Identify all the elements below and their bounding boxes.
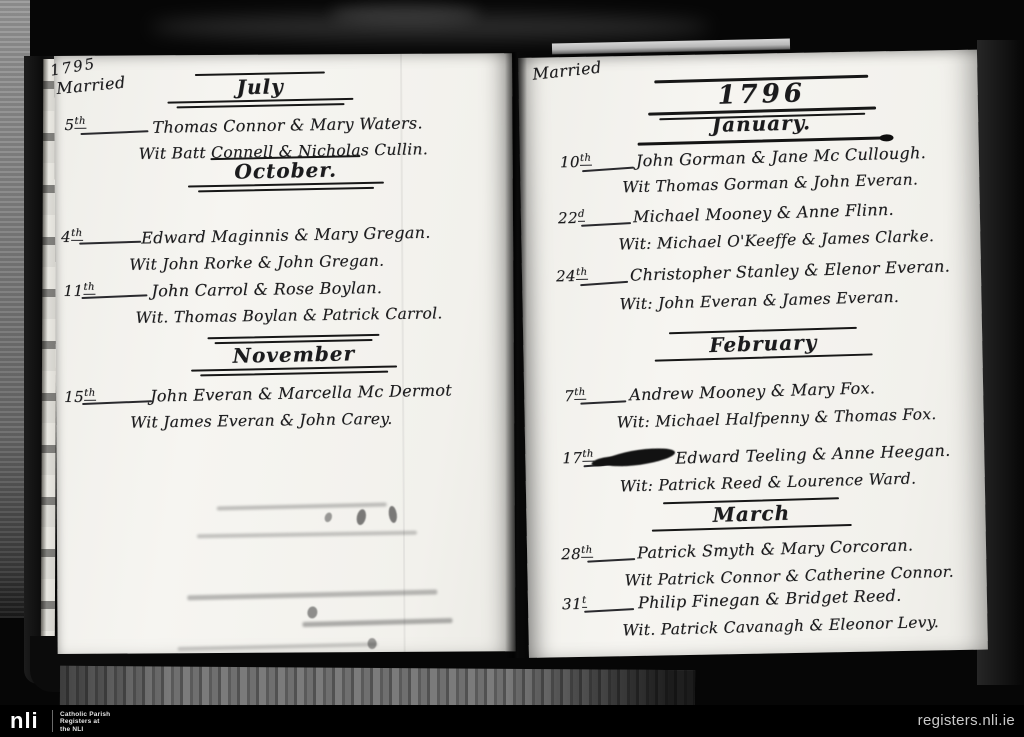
bleedthrough-mark bbox=[302, 618, 452, 627]
month-title: July bbox=[160, 74, 360, 101]
entry-couple-line: Christopher Stanley & Elenor Everan. bbox=[630, 256, 951, 284]
footer-caption-line: Catholic Parish bbox=[60, 711, 110, 718]
entry-couple-line: Andrew Mooney & Mary Fox. bbox=[629, 378, 875, 404]
entry-witness-line: Wit Patrick Connor & Catherine Connor. bbox=[624, 563, 954, 590]
entry-day: 31t bbox=[562, 595, 587, 613]
footer-caption-line: the NLI bbox=[60, 726, 110, 733]
bleedthrough-mark bbox=[323, 511, 333, 523]
entry-dash bbox=[587, 558, 635, 562]
entry-witness-line: Wit: Michael O'Keeffe & James Clarke. bbox=[618, 227, 934, 254]
ink-blob bbox=[879, 134, 893, 141]
footer-bar: nli Catholic Parish Registers at the NLI… bbox=[0, 705, 1024, 737]
register-page-left: 1795 Married July 5th Thomas Connor & Ma… bbox=[54, 53, 516, 654]
corner-label-married: Married bbox=[531, 57, 602, 83]
footer-caption: Catholic Parish Registers at the NLI bbox=[60, 711, 110, 733]
entry-dash bbox=[584, 608, 634, 612]
nli-logo: nli bbox=[10, 708, 39, 734]
month-heading-january: January. bbox=[651, 109, 872, 140]
heading-rule-bottom bbox=[200, 371, 388, 377]
entry-couple-line: Michael Mooney & Anne Flinn. bbox=[633, 200, 894, 227]
bleedthrough-mark bbox=[368, 638, 377, 649]
bleedthrough-mark bbox=[306, 606, 318, 620]
heading-rule-bottom bbox=[198, 187, 374, 193]
background-smudge bbox=[330, 4, 480, 24]
entry-witness-line: Wit: Patrick Reed & Lourence Ward. bbox=[620, 469, 917, 495]
entry-witness-line: Wit. Patrick Cavanagh & Eleonor Levy. bbox=[622, 613, 939, 640]
bleedthrough-mark bbox=[355, 508, 367, 525]
logo-divider bbox=[52, 710, 53, 732]
footer-url: registers.nli.ie bbox=[918, 712, 1015, 729]
entry-couple-line: Thomas Connor & Mary Waters. bbox=[152, 113, 423, 136]
entry-couple-line: John Carrol & Rose Boylan. bbox=[151, 278, 382, 300]
footer-caption-line: Registers at bbox=[60, 718, 110, 725]
register-scan: 1795 Married July 5th Thomas Connor & Ma… bbox=[0, 0, 1024, 737]
page-fore-edge bbox=[552, 39, 790, 55]
register-page-right: Married 1796 January. 10th John Gorman &… bbox=[518, 50, 988, 658]
month-heading-march: March bbox=[646, 497, 857, 532]
entry-couple-line: Philip Finegan & Bridget Reed. bbox=[638, 586, 902, 613]
month-title: October. bbox=[180, 157, 390, 184]
book-bottom-edge bbox=[60, 666, 695, 710]
month-title: January. bbox=[651, 110, 872, 139]
bleedthrough-mark bbox=[178, 642, 378, 651]
month-heading-october: October. bbox=[180, 154, 391, 192]
bleedthrough-mark bbox=[388, 505, 398, 523]
entry-dash bbox=[79, 241, 141, 245]
entry-witness-line: Wit John Rorke & John Gregan. bbox=[129, 252, 384, 274]
entry-witness-line: Wit: Michael Halfpenny & Thomas Fox. bbox=[616, 405, 936, 432]
heading-rule-bottom bbox=[177, 103, 345, 108]
entry-couple-line: Edward Maginnis & Mary Gregan. bbox=[141, 223, 431, 248]
month-heading-july: July bbox=[160, 71, 361, 109]
entry-couple-line: John Gorman & Jane Mc Cullough. bbox=[636, 143, 927, 170]
entry-dash bbox=[580, 400, 626, 404]
entry-day: 24th bbox=[556, 267, 588, 286]
entry-witness-line: Wit. Thomas Boylan & Patrick Carrol. bbox=[135, 304, 442, 327]
entry-couple-line: Edward Teeling & Anne Heegan. bbox=[675, 441, 951, 468]
month-heading-february: February bbox=[648, 326, 879, 362]
entry-couple-line: John Everan & Marcella Mc Dermot bbox=[150, 380, 452, 405]
entry-day: 10th bbox=[560, 153, 592, 172]
bleedthrough-mark bbox=[197, 531, 417, 539]
entry-day: 5th bbox=[64, 116, 86, 134]
entry-witness-line: Wit Thomas Gorman & John Everan. bbox=[622, 170, 918, 196]
bleedthrough-mark bbox=[187, 589, 437, 600]
month-heading-november: November bbox=[183, 333, 404, 376]
month-title: November bbox=[184, 341, 404, 368]
entry-witness-line: Wit James Everan & John Carey. bbox=[130, 410, 393, 432]
entry-witness-line: Wit: John Everan & James Everan. bbox=[619, 288, 899, 314]
entry-dash bbox=[80, 130, 148, 134]
entry-couple-line: Patrick Smyth & Mary Corcoran. bbox=[637, 535, 914, 562]
entry-dash bbox=[581, 222, 631, 226]
